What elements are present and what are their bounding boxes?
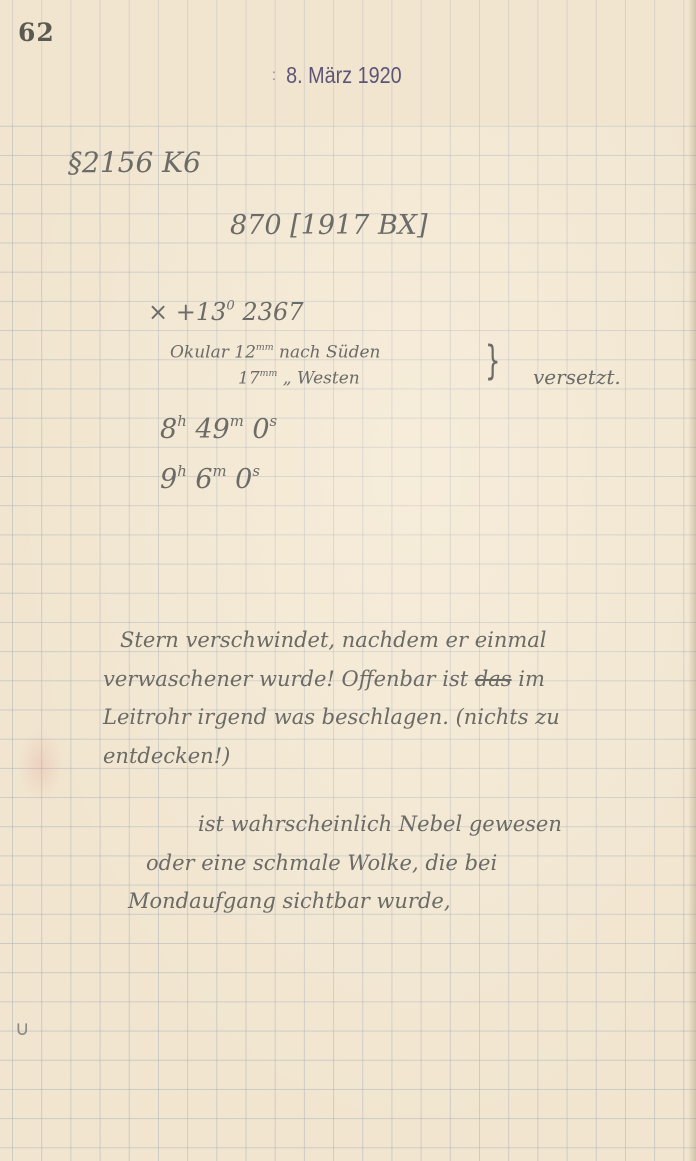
time-start-seconds: 0 [244,414,270,445]
time-start-hours: 8 [160,414,177,445]
page-number: 62 [18,18,55,47]
offset-south-text: nach Süden [274,342,381,362]
offset-note: versetzt. [533,365,621,389]
time-end-hours: 9 [160,464,177,495]
catalog-reference: §2156 K6 [68,146,201,179]
time-end-m-unit: m [213,462,227,480]
brace-icon: } [485,338,500,384]
time-end-minutes: 6 [187,464,213,495]
time-end-seconds: 0 [227,464,253,495]
margin-check-icon: ∪ [15,1016,30,1040]
offset-west-value: 17 [238,368,260,388]
time-end-s-unit: s [252,462,260,480]
date-stamp: :8. März 1920 [272,62,402,89]
time-end: 9h 6m 0s [160,462,260,495]
note-line-7: Mondaufgang sichtbar wurde, [128,889,451,913]
note-line-3: Leitrohr irgend was beschlagen. (nichts … [103,705,560,729]
note-line-2-b: im [512,667,545,691]
offset-south: Okular 12mm nach Süden [170,342,381,362]
page-edge-shadow [688,0,696,1161]
time-start-h-unit: h [177,412,187,430]
offset-south-unit: mm [256,342,274,353]
star-ref-degree: 0 [226,298,234,313]
star-ref-number: 2367 [235,298,304,326]
note-line-6: oder eine schmale Wolke, die bei [146,851,497,875]
note-line-4: entdecken!) [103,744,230,768]
offset-west: 17mm „ Westen [238,368,360,388]
star-reference: × +130 2367 [148,298,304,326]
stamp-dot: : [272,67,276,84]
note-line-1: Stern verschwindet, nachdem er einmal [120,628,547,652]
ink-stain [18,730,63,800]
time-start-m-unit: m [230,412,244,430]
note-line-2-a: verwaschener wurde! Offenbar ist [103,667,475,691]
stamp-date: 8. März 1920 [286,62,401,88]
offset-west-text: „ Westen [277,368,359,388]
offset-south-label: Okular 12 [170,342,256,362]
notebook-page: 62 :8. März 1920 §2156 K6 870 [1917 BX] … [0,0,696,1161]
time-start-minutes: 49 [187,414,230,445]
star-ref-prefix: × +13 [148,298,226,326]
note-line-2: verwaschener wurde! Offenbar ist das im [103,667,545,691]
offset-west-unit: mm [260,368,278,379]
struck-word: das [475,667,512,691]
time-end-h-unit: h [177,462,187,480]
time-start-s-unit: s [270,412,278,430]
note-line-5: ist wahrscheinlich Nebel gewesen [198,812,562,836]
object-designation: 870 [1917 BX] [230,210,428,241]
time-start: 8h 49m 0s [160,412,277,445]
